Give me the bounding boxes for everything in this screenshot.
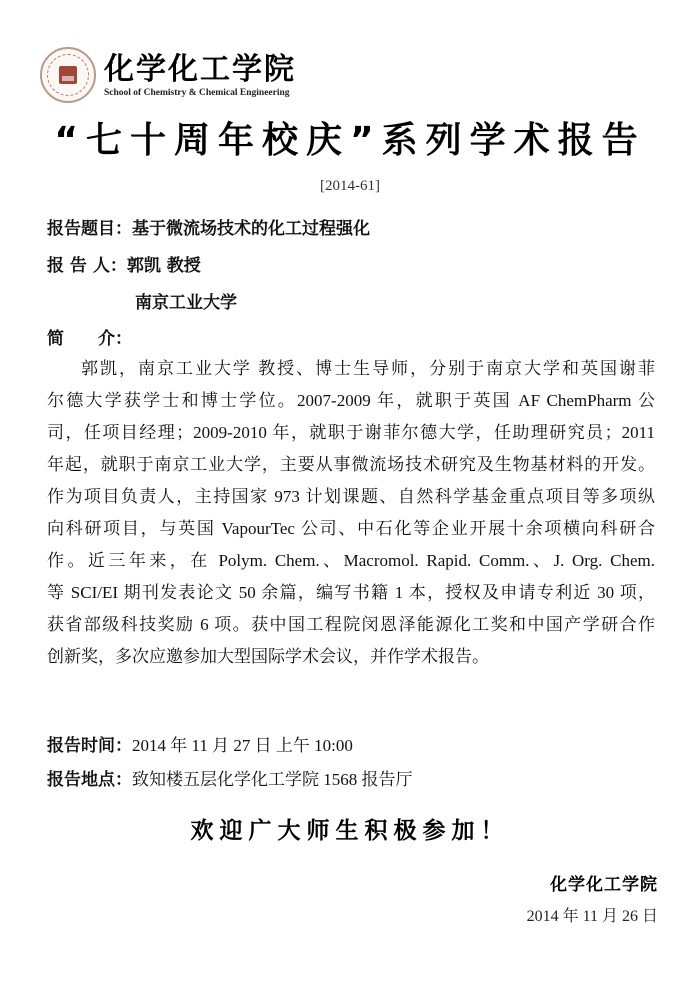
bio-line: 作为项目负责人，主持国家 973 计划课题、自然科学基金重点项目等多项纵: [47, 481, 655, 513]
report-topic-row: 报告题目：基于微流场技术的化工过程强化: [47, 214, 370, 239]
time-value: 2014 年 11 月 27 日 上午 10:00: [132, 736, 353, 755]
bio-line: 司，任项目经理；2009-2010 年，就职于谢菲尔德大学，任助理研究员；201…: [47, 417, 655, 449]
signature-org: 化学化工学院: [550, 870, 658, 895]
school-name-cn: 化学化工学院: [104, 53, 296, 87]
bio-line: 作。近三年来，在 Polym. Chem.、Macromol. Rapid. C…: [47, 545, 655, 577]
speaker-affiliation: 南京工业大学: [135, 288, 237, 313]
school-name-en: School of Chemistry & Chemical Engineeri…: [104, 88, 296, 98]
time-label: 报告时间：: [47, 736, 132, 756]
report-time-row: 报告时间：2014 年 11 月 27 日 上午 10:00: [47, 731, 353, 756]
speaker-value: 郭凯 教授: [127, 256, 201, 276]
bio-line: 获省部级科技奖励 6 项。获中国工程院闵恩泽能源化工奖和中国产学研合作: [47, 609, 655, 641]
bio-line: 向科研项目，与英国 VapourTec 公司、中石化等企业开展十余项横向科研合: [47, 513, 655, 545]
bio-line: 郭凯，南京工业大学 教授、博士生导师，分别于南京大学和英国谢菲: [47, 353, 655, 385]
intro-row: 简 介：: [47, 324, 132, 349]
bio-line: 等 SCI/EI 期刊发表论文 50 余篇，编写书籍 1 本，授权及申请专利近 …: [47, 577, 655, 609]
welcome-message: 欢迎广大师生积极参加！: [0, 812, 700, 845]
topic-value: 基于微流场技术的化工过程强化: [132, 219, 370, 239]
place-label: 报告地点：: [47, 770, 132, 790]
document-number: [2014-61]: [0, 178, 700, 195]
speaker-bio: 郭凯，南京工业大学 教授、博士生导师，分别于南京大学和英国谢菲 尔德大学获学士和…: [47, 353, 655, 673]
topic-label: 报告题目：: [47, 219, 132, 239]
place-value: 致知楼五层化学化工学院 1568 报告厅: [132, 770, 413, 789]
intro-label: 简 介：: [47, 329, 132, 349]
signature-date: 2014 年 11 月 26 日: [527, 903, 658, 926]
bio-line: 尔德大学获学士和博士学位。2007-2009 年，就职于英国 AF ChemPh…: [47, 385, 655, 417]
report-place-row: 报告地点：致知楼五层化学化工学院 1568 报告厅: [47, 765, 413, 790]
speaker-row: 报 告 人：郭凯 教授: [47, 251, 201, 276]
bio-line: 创新奖，多次应邀参加大型国际学术会议，并作学术报告。: [47, 641, 655, 673]
school-name: 化学化工学院 School of Chemistry & Chemical En…: [104, 53, 296, 98]
school-header: 化学化工学院 School of Chemistry & Chemical En…: [40, 42, 296, 108]
affiliation-value: 南京工业大学: [135, 293, 237, 313]
page-title: “七十周年校庆”系列学术报告: [0, 112, 700, 163]
bio-line: 年起，就职于南京工业大学，主要从事微流场技术研究及生物基材料的开发。: [47, 449, 655, 481]
school-seal-logo-icon: [40, 47, 96, 103]
speaker-label: 报 告 人：: [47, 256, 127, 276]
